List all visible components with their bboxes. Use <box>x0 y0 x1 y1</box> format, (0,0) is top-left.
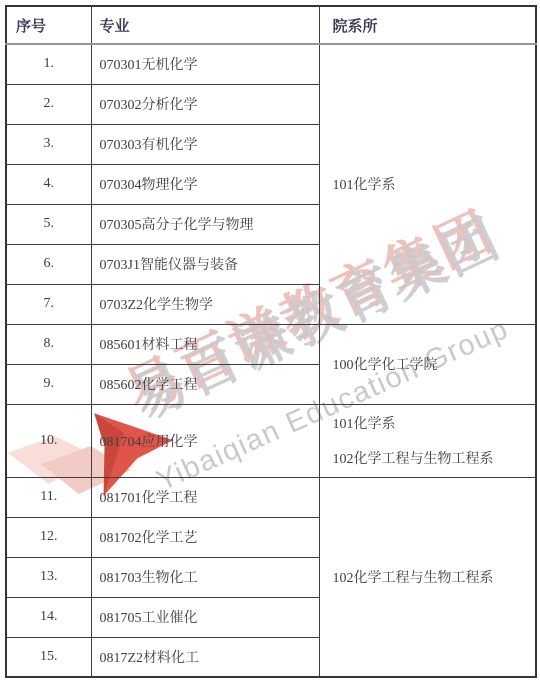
serial-cell: 12. <box>6 517 91 557</box>
serial-cell: 1. <box>6 44 91 84</box>
department-line: 102化学工程与生物工程系 <box>333 448 535 468</box>
serial-cell: 2. <box>6 84 91 124</box>
major-cell: 081702化学工艺 <box>91 517 319 557</box>
major-cell: 085601材料工程 <box>91 324 319 364</box>
major-cell: 070301无机化学 <box>91 44 319 84</box>
serial-cell: 3. <box>6 124 91 164</box>
serial-cell: 11. <box>6 477 91 517</box>
major-cell: 0817Z2材料化工 <box>91 637 319 677</box>
serial-cell: 15. <box>6 637 91 677</box>
majors-table: 序号 专业 院系所 1. 070301无机化学 101化学系 2. 070302… <box>5 5 537 678</box>
serial-cell: 6. <box>6 244 91 284</box>
table-row: 10. 081704应用化学 101化学系 102化学工程与生物工程系 <box>6 404 536 477</box>
serial-cell: 14. <box>6 597 91 637</box>
department-line: 101化学系 <box>333 413 535 433</box>
department-cell: 100化学化工学院 <box>319 324 536 404</box>
serial-cell: 4. <box>6 164 91 204</box>
major-cell: 081701化学工程 <box>91 477 319 517</box>
major-cell: 081705工业催化 <box>91 597 319 637</box>
major-cell: 070303有机化学 <box>91 124 319 164</box>
department-cell: 102化学工程与生物工程系 <box>319 477 536 677</box>
header-major: 专业 <box>91 6 319 44</box>
department-cell: 101化学系 102化学工程与生物工程系 <box>319 404 536 477</box>
major-cell: 070302分析化学 <box>91 84 319 124</box>
major-cell: 070305高分子化学与物理 <box>91 204 319 244</box>
table-row: 8. 085601材料工程 100化学化工学院 <box>6 324 536 364</box>
serial-cell: 10. <box>6 404 91 477</box>
table-row: 11. 081701化学工程 102化学工程与生物工程系 <box>6 477 536 517</box>
serial-cell: 9. <box>6 364 91 404</box>
major-cell: 085602化学工程 <box>91 364 319 404</box>
header-department: 院系所 <box>319 6 536 44</box>
major-cell: 081704应用化学 <box>91 404 319 477</box>
major-cell: 081703生物化工 <box>91 557 319 597</box>
serial-cell: 8. <box>6 324 91 364</box>
table-row: 1. 070301无机化学 101化学系 <box>6 44 536 84</box>
serial-cell: 7. <box>6 284 91 324</box>
major-cell: 0703Z2化学生物学 <box>91 284 319 324</box>
header-serial: 序号 <box>6 6 91 44</box>
major-cell: 0703J1智能仪器与装备 <box>91 244 319 284</box>
serial-cell: 5. <box>6 204 91 244</box>
major-cell: 070304物理化学 <box>91 164 319 204</box>
header-row: 序号 专业 院系所 <box>6 6 536 44</box>
serial-cell: 13. <box>6 557 91 597</box>
department-cell: 101化学系 <box>319 44 536 324</box>
